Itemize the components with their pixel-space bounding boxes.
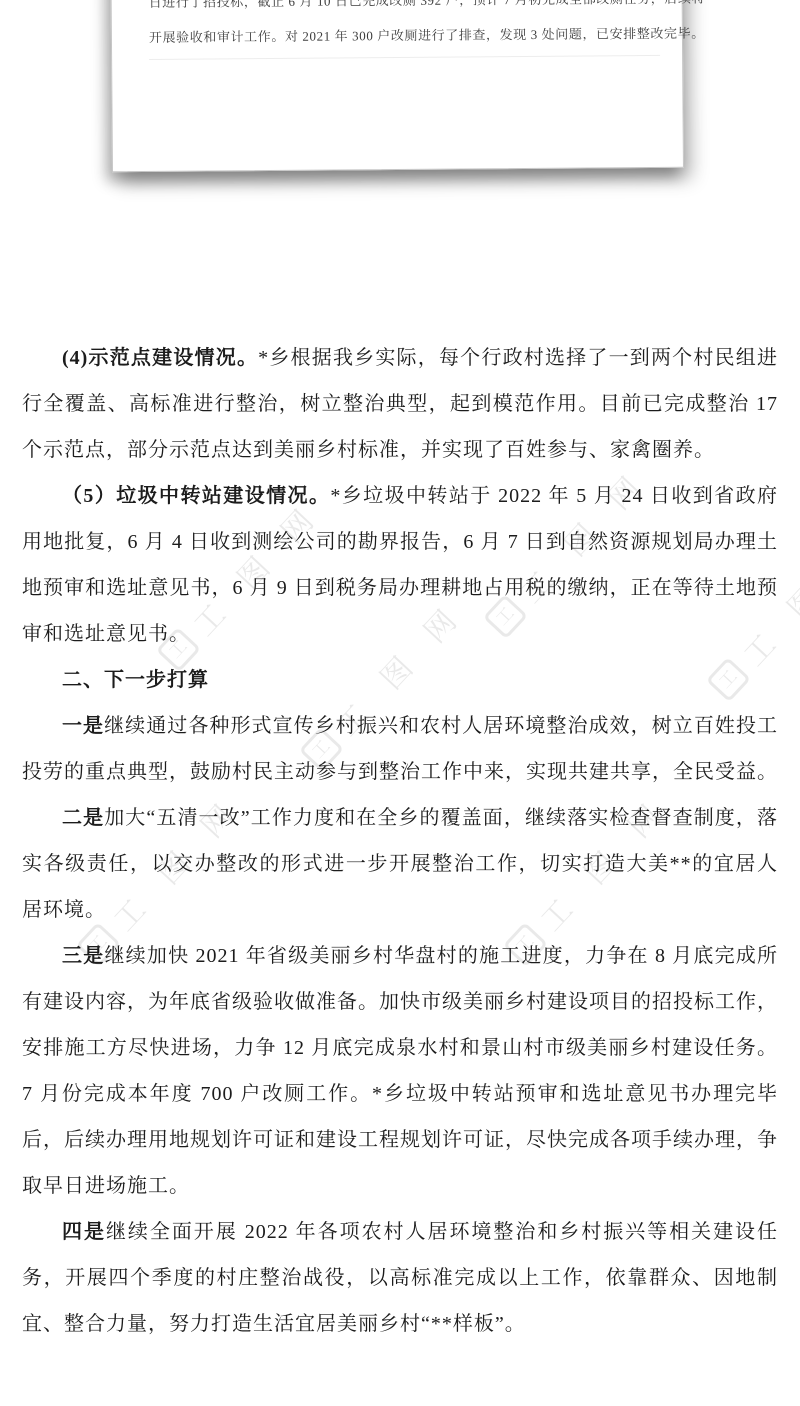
paragraph: 四是继续全面开展 2022 年各项农村人居环境整治和乡村振兴等相关建设任务，开展…: [22, 1209, 778, 1347]
paragraph-text: 继续全面开展 2022 年各项农村人居环境整治和乡村振兴等相关建设任务，开展四个…: [22, 1221, 778, 1335]
paragraph-lead: 四是: [62, 1221, 106, 1243]
paragraph: 一是继续通过各种形式宣传乡村振兴和农村人居环境整治成效，树立百姓投工投劳的重点典…: [22, 703, 778, 795]
document-body: (4)示范点建设情况。*乡根据我乡实际，每个行政村选择了一到两个村民组进行全覆盖…: [22, 335, 778, 1347]
paragraph-lead: 一是: [62, 715, 104, 737]
paragraph: 三是继续加快 2021 年省级美丽乡村华盘村的施工进度，力争在 8 月底完成所有…: [22, 933, 778, 1209]
paragraph-text: 继续加快 2021 年省级美丽乡村华盘村的施工进度，力争在 8 月底完成所有建设…: [22, 945, 778, 1197]
paragraph-text: 加大“五清一改”工作力度和在全乡的覆盖面，继续落实检查督查制度，落实各级责任，以…: [22, 807, 778, 921]
paragraph-lead: （5）垃圾中转站建设情况。: [62, 485, 330, 507]
paragraph: （5）垃圾中转站建设情况。*乡垃圾中转站于 2022 年 5 月 24 日收到省…: [22, 473, 778, 657]
paragraph: (4)示范点建设情况。*乡根据我乡实际，每个行政村选择了一到两个村民组进行全覆盖…: [22, 335, 778, 473]
preview-text-line: 开展验收和审计工作。对 2021 年 300 户改厕进行了排查，发现 3 处问题…: [149, 23, 652, 46]
section-heading: 二、下一步打算: [22, 657, 778, 703]
paragraph-lead: (4)示范点建设情况。: [62, 347, 258, 369]
paragraph: 二是加大“五清一改”工作力度和在全乡的覆盖面，继续落实检查督查制度，落实各级责任…: [22, 795, 778, 933]
paragraph-text: *乡垃圾中转站于 2022 年 5 月 24 日收到省政府用地批复，6 月 4 …: [22, 485, 778, 645]
paragraph-lead: 二是: [62, 807, 104, 829]
document-preview-page: 日进行了招投标，截止 6 月 10 日已完成改厕 392 户，预计 7 月初完成…: [110, 0, 684, 172]
paragraph-text: 继续通过各种形式宣传乡村振兴和农村人居环境整治成效，树立百姓投工投劳的重点典型，…: [22, 715, 778, 783]
paragraph-lead: 三是: [62, 945, 104, 967]
preview-divider: [149, 55, 660, 60]
preview-text-line: 日进行了招投标，截止 6 月 10 日已完成改厕 392 户，预计 7 月初完成…: [149, 0, 652, 11]
